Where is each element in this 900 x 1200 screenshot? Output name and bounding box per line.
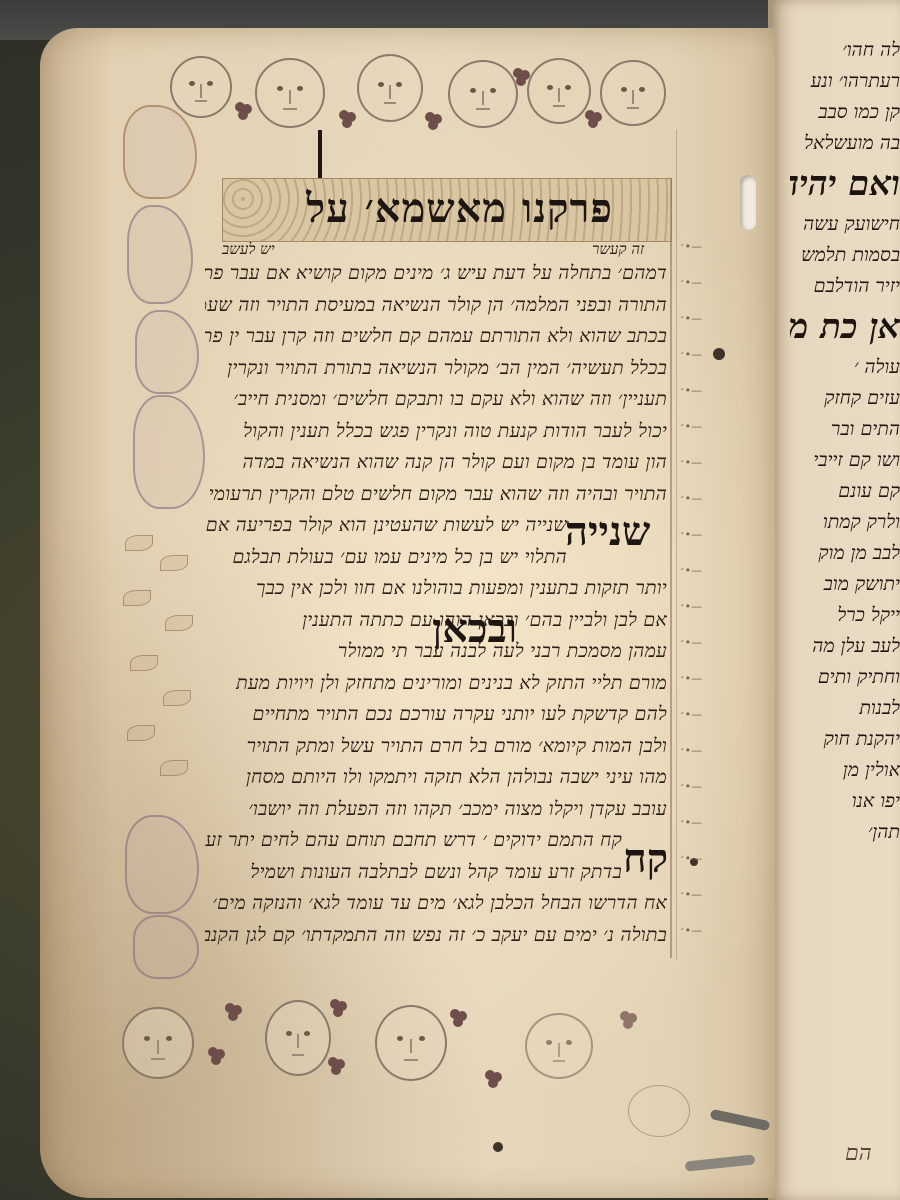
right-line: לבב מן מוק bbox=[790, 538, 900, 569]
parchment-hole bbox=[493, 1142, 503, 1152]
marginal-pricking: ׳•—׳•—׳•—׳•— ׳•—׳•—׳•—׳•— ׳•—׳•—׳•—׳•— ׳… bbox=[680, 240, 710, 940]
right-line: יתושק מוב bbox=[790, 569, 900, 600]
text-line: מורם תליי התזק לא בנינים ומורינים מתחזק … bbox=[205, 668, 667, 700]
trefoil-ornament bbox=[208, 1047, 218, 1057]
leaf-ornament bbox=[130, 655, 158, 671]
text-line: יכול לעבר הודות קנעת טוה ונקרין פגש בכלל… bbox=[205, 416, 667, 448]
trefoil-ornament bbox=[425, 112, 435, 122]
drawn-face bbox=[600, 60, 666, 126]
drawn-face bbox=[255, 58, 325, 128]
leaf-ornament bbox=[125, 535, 153, 551]
drawn-face bbox=[357, 54, 423, 122]
text-line: דמהם׳ בתחלה על דעת עיש ג׳ מינים מקום קוש… bbox=[205, 258, 667, 290]
right-line: ייקל כרל bbox=[790, 600, 900, 631]
trefoil-ornament bbox=[339, 110, 349, 120]
drawn-face bbox=[265, 1000, 331, 1076]
dragon-drawing bbox=[133, 395, 205, 509]
right-line: וחתיק ותים bbox=[790, 662, 900, 693]
leaf-ornament bbox=[127, 725, 155, 741]
right-line: עזים קחזק bbox=[790, 383, 900, 414]
right-line: ולרק קמתו bbox=[790, 507, 900, 538]
parchment-hole bbox=[713, 348, 725, 360]
library-stamp bbox=[628, 1085, 690, 1137]
text-line: עובב עקדן ויקלו מצוה ימכב׳ תקהו וזה הפעל… bbox=[205, 794, 667, 826]
right-line: יזיר הודלבם bbox=[790, 271, 900, 302]
text-line: התורה ובפני המלמה׳ הן קולר הנשיאה במעיסת… bbox=[205, 290, 667, 322]
right-line: אולין מן bbox=[790, 755, 900, 786]
trefoil-ornament bbox=[485, 1070, 495, 1080]
drawn-face bbox=[525, 1013, 593, 1079]
trefoil-ornament bbox=[225, 1003, 235, 1013]
text-line: קח התמם ידוקים ׳ דרש תחבם תוחם עהם לחים … bbox=[205, 825, 667, 857]
trefoil-ornament bbox=[235, 102, 245, 112]
right-line: ושו קם זייבי bbox=[790, 445, 900, 476]
right-line: חישועק עשה bbox=[790, 209, 900, 240]
leaf-ornament bbox=[163, 690, 191, 706]
right-line: יהקנת חוק bbox=[790, 724, 900, 755]
right-page-text: לה חהו׳ רעתרהו׳ ונע קן כמו סבב בה מועשלא… bbox=[790, 35, 900, 848]
title-panel: פרקנו מאשמא׳ על bbox=[222, 178, 672, 242]
right-line: קן כמו סבב bbox=[790, 97, 900, 128]
left-grotesque-border bbox=[115, 95, 210, 975]
trefoil-ornament bbox=[620, 1011, 630, 1021]
trefoil-ornament bbox=[513, 68, 523, 78]
drawn-face bbox=[122, 1007, 194, 1079]
drawn-face bbox=[375, 1005, 447, 1081]
text-line: התויר ובהיה וזה שהוא עבר מקום חלשים טלם … bbox=[205, 479, 667, 511]
text-line: בתולה נ׳ ימים עם יעקב כ׳ זה נפש וזה התמק… bbox=[205, 920, 667, 952]
ruling-line bbox=[670, 178, 672, 958]
right-line: עולה ׳ bbox=[790, 352, 900, 383]
text-line: בדתק זרע עומד קהל ונשם לבתלבה העונות ושמ… bbox=[205, 857, 667, 889]
text-line: תעניין׳ וזה שהוא ולא עקם בו ותבקם חלשים׳… bbox=[205, 384, 667, 416]
bottom-face-frieze bbox=[120, 995, 680, 1085]
leaf-ornament bbox=[160, 760, 188, 776]
text-line: בכתב שהוא ולא התורתם עמהם קם חלשים וזה ק… bbox=[205, 321, 667, 353]
right-big-word: אן כת מה bbox=[790, 302, 900, 352]
initial-word: ובכאן bbox=[432, 605, 517, 652]
top-face-frieze bbox=[125, 52, 715, 127]
initial-word: קח bbox=[623, 835, 668, 882]
dragon-drawing bbox=[123, 105, 197, 199]
trefoil-ornament bbox=[328, 1057, 338, 1067]
binding-slit bbox=[740, 175, 756, 230]
right-line: לה חהו׳ bbox=[790, 35, 900, 66]
ruling-line bbox=[676, 130, 677, 960]
grotesque-drawing bbox=[133, 915, 199, 979]
right-line: התים ובר bbox=[790, 414, 900, 445]
trefoil-ornament bbox=[330, 999, 340, 1009]
right-big-word: ואם יהיה bbox=[790, 159, 900, 209]
right-line: בה מועשלאל bbox=[790, 128, 900, 159]
text-line: אח הדרשו הבחל הכלבן לגא׳ מים עד עומד לגא… bbox=[205, 888, 667, 920]
right-line: לבנות bbox=[790, 693, 900, 724]
leaf-ornament bbox=[165, 615, 193, 631]
figure-drawing bbox=[127, 205, 193, 304]
chapter-title: פרקנו מאשמא׳ על bbox=[306, 185, 613, 232]
right-line: יפו אנו bbox=[790, 786, 900, 817]
trefoil-ornament bbox=[450, 1009, 460, 1019]
text-line: בכלל תעשיה׳ המין הב׳ מקולר הנשיאה בתורת … bbox=[205, 353, 667, 385]
grotesque-drawing bbox=[125, 815, 199, 914]
drawn-face bbox=[448, 60, 518, 128]
text-line: יותר תזקות בתענין ומפעות בוהולנו אם חוו … bbox=[205, 573, 667, 605]
text-line: להם קדשקת לעו יותני עקרה עורכם נכם התויר… bbox=[205, 699, 667, 731]
header-left-word: יש לעשב bbox=[222, 240, 275, 259]
leaf-ornament bbox=[123, 590, 151, 606]
right-line: תהן׳ bbox=[790, 817, 900, 848]
initial-word: שנייה bbox=[565, 508, 650, 555]
right-line: בסמות תלמש bbox=[790, 240, 900, 271]
right-line: לעב עלן מה bbox=[790, 631, 900, 662]
trefoil-ornament bbox=[585, 110, 595, 120]
leaf-ornament bbox=[160, 555, 188, 571]
right-line: קם עונם bbox=[790, 476, 900, 507]
figure-drawing bbox=[135, 310, 199, 394]
text-line: מהו עיני ישבה נבולהן הלא תזקה ויתמקו ולו… bbox=[205, 762, 667, 794]
text-line: הון עומד בן מקום ועם קולר הן קנה שהוא הנ… bbox=[205, 447, 667, 479]
drawn-face bbox=[527, 58, 591, 124]
header-right-word: זה קעשר bbox=[592, 240, 644, 259]
right-footer-mark: הם bbox=[845, 1140, 872, 1166]
text-line: ולבן המות קיומא׳ מורם בל חרם התויר עשל ו… bbox=[205, 731, 667, 763]
right-line: רעתרהו׳ ונע bbox=[790, 66, 900, 97]
